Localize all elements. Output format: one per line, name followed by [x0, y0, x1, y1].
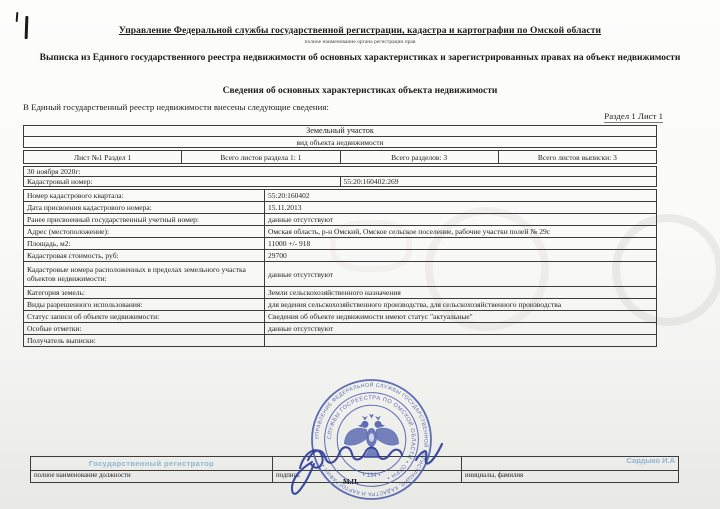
table-row: Лист №1 Раздел 1 Всего листов раздела 1:… — [24, 151, 657, 164]
row-label: Получатель выписки: — [24, 335, 265, 347]
section-title: Сведения об основных характеристиках объ… — [0, 86, 720, 96]
object-type-caption: вид объекта недвижимости — [24, 137, 657, 148]
object-type-value: Земельный участок — [24, 126, 657, 137]
table-row: Кадастровый номер: 55:20:160402:269 — [24, 177, 657, 187]
row-value: данные отсутствуют — [265, 214, 657, 226]
sheet-cell: Всего листов выписки: 3 — [498, 151, 656, 164]
row-value: 55:20:160402:269 — [340, 177, 657, 187]
object-type-table: Земельный участок вид объекта недвижимос… — [23, 125, 657, 148]
scan-artifact-mark — [16, 12, 19, 22]
sheet-cell: Лист №1 Раздел 1 — [24, 151, 182, 164]
row-value: Омская область, р-н Омский, Омское сельс… — [265, 226, 657, 238]
table-row: Адрес (местоположение):Омская область, р… — [24, 226, 657, 238]
row-label: Ранее присвоенный государственный учетны… — [24, 214, 265, 226]
row-value: для ведения сельскохозяйственного произв… — [265, 299, 657, 311]
cadastral-table: 30 ноября 2020г: Кадастровый номер: 55:2… — [23, 166, 657, 187]
table-row: Площадь, м2:11000 +/- 918 — [24, 238, 657, 250]
row-label: Дата присвоения кадастрового номера: — [24, 202, 265, 214]
intro-line: В Единый государственный реестр недвижим… — [23, 102, 329, 112]
name-caption: инициалы, фамилия — [462, 471, 679, 483]
row-label: Статус записи об объекте недвижимости: — [24, 311, 265, 323]
table-row: Номер кадастрового квартала:55:20:160402 — [24, 190, 657, 202]
position-caption: полное наименование должности — [31, 471, 273, 483]
row-label: Кадастровые номера расположенных в преде… — [24, 262, 265, 287]
row-value: данные отсутствуют — [265, 323, 657, 335]
table-row: Особые отметки:данные отсутствуют — [24, 323, 657, 335]
details-table-body: Номер кадастрового квартала:55:20:160402… — [24, 190, 657, 347]
row-value: 11000 +/- 918 — [265, 238, 657, 250]
row-label: Кадастровый номер: — [24, 177, 341, 187]
row-value: 55:20:160402 — [265, 190, 657, 202]
table-row: Виды разрешенного использования:для веде… — [24, 299, 657, 311]
row-value — [265, 335, 657, 347]
table-row: Категория земель:Земли сельскохозяйствен… — [24, 287, 657, 299]
authority-caption: полное наименование органа регистрации п… — [0, 39, 720, 45]
table-row: вид объекта недвижимости — [24, 137, 657, 148]
sheet-info-table: Лист №1 Раздел 1 Всего листов раздела 1:… — [23, 150, 657, 164]
registrar-name: Сардыко И.А — [462, 457, 679, 471]
sheet-cell: Всего разделов: 3 — [340, 151, 498, 164]
row-label: Категория земель: — [24, 287, 265, 299]
row-value: Земли сельскохозяйственного назначения — [265, 287, 657, 299]
row-label: Площадь, м2: — [24, 238, 265, 250]
registrar-name-text: Сардыко И.А — [627, 457, 675, 466]
row-label: Особые отметки: — [24, 323, 265, 335]
row-value: 29700 — [265, 250, 657, 262]
authority-title: Управление Федеральной службы государств… — [0, 26, 720, 36]
registrar-position: Государственный регистратор — [31, 457, 273, 471]
row-label: Номер кадастрового квартала: — [24, 190, 265, 202]
table-row: 30 ноября 2020г: — [24, 167, 657, 177]
sheet-cell: Всего листов раздела 1: 1 — [182, 151, 340, 164]
table-row: Дата присвоения кадастрового номера:15.1… — [24, 202, 657, 214]
table-row: Ранее присвоенный государственный учетны… — [24, 214, 657, 226]
table-row: Земельный участок — [24, 126, 657, 137]
row-value: Сведения об объекте недвижимости имеют с… — [265, 311, 657, 323]
row-value: данные отсутствуют — [265, 262, 657, 287]
date-cell: 30 ноября 2020г: — [24, 167, 657, 177]
table-row: Статус записи об объекте недвижимости:Св… — [24, 311, 657, 323]
details-table: Номер кадастрового квартала:55:20:160402… — [23, 189, 657, 347]
row-label: Адрес (местоположение): — [24, 226, 265, 238]
table-row: Получатель выписки: — [24, 335, 657, 347]
row-value: 15.11.2013 — [265, 202, 657, 214]
handwritten-signature — [288, 430, 463, 508]
document-title: Выписка из Единого государственного реес… — [0, 53, 720, 63]
document-page: Управление Федеральной службы государств… — [0, 0, 720, 509]
row-label: Виды разрешенного использования: — [24, 299, 265, 311]
section-page-label: Раздел 1 Лист 1 — [604, 111, 663, 123]
table-row: Кадастровые номера расположенных в преде… — [24, 262, 657, 287]
row-label: Кадастровая стоимость, руб: — [24, 250, 265, 262]
table-row: Кадастровая стоимость, руб:29700 — [24, 250, 657, 262]
